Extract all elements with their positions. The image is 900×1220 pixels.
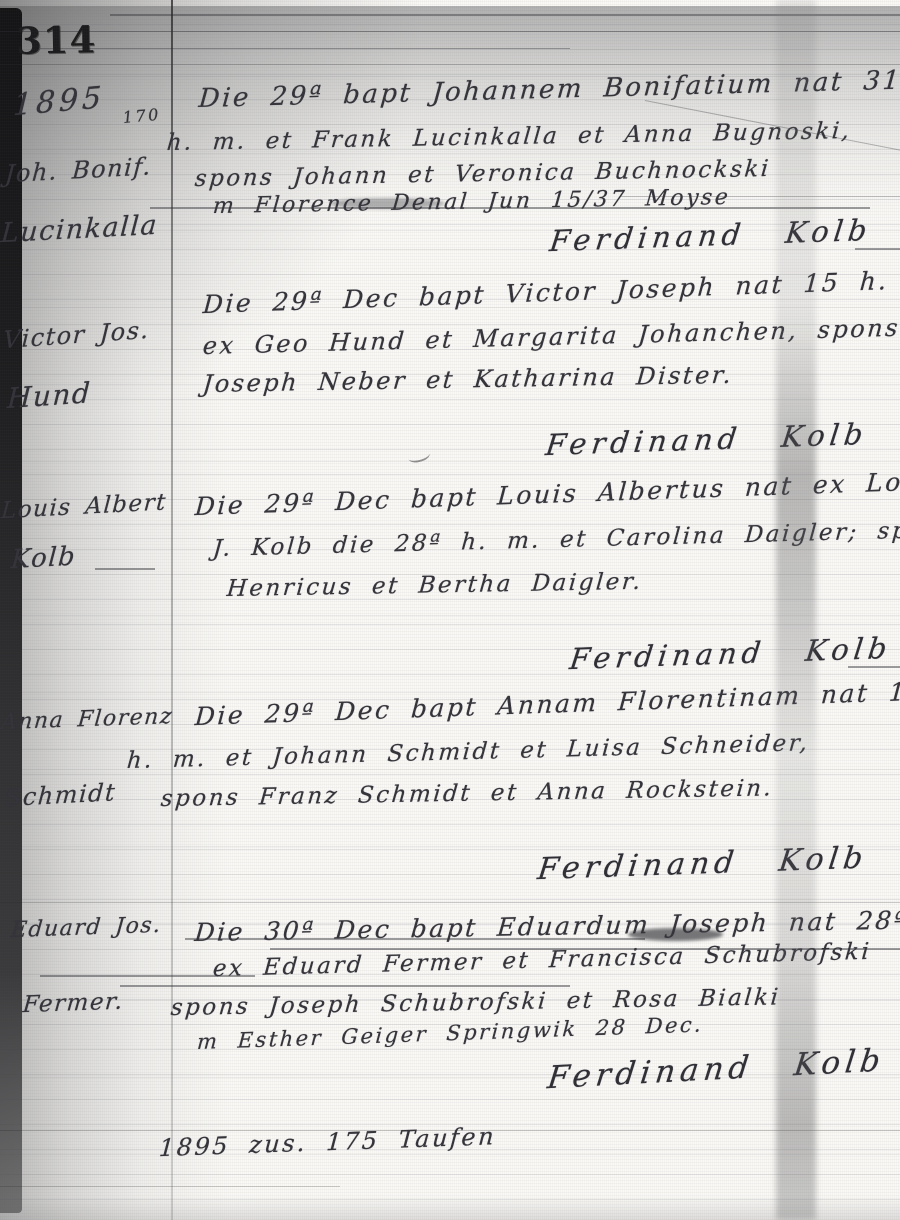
scan-scratch-line bbox=[40, 48, 570, 49]
scanned-register-page: 314 1895 170 Joh. Bonif. Lucinkalla Die … bbox=[0, 0, 900, 1220]
margin-name: Hund bbox=[6, 376, 92, 415]
binding-edge-shadow bbox=[0, 8, 22, 1213]
scan-scratch-line bbox=[0, 1186, 340, 1187]
page-number: 314 bbox=[16, 17, 97, 62]
fold-shadow-streak bbox=[776, 0, 816, 1220]
entry-margin-number: 170 bbox=[122, 105, 162, 127]
signature-flourish-dash bbox=[848, 666, 900, 668]
scan-scratch-line bbox=[0, 31, 900, 32]
scan-scratch-line bbox=[0, 902, 900, 903]
strike-through-line bbox=[120, 985, 570, 987]
signature-flourish-dash bbox=[855, 248, 900, 250]
margin-name: Schmidt bbox=[4, 778, 117, 812]
margin-rule-line bbox=[171, 0, 173, 1220]
margin-name: Fermer. bbox=[22, 988, 125, 1018]
margin-name: Eduard Jos. bbox=[10, 913, 163, 943]
scan-scratch-line bbox=[0, 64, 900, 65]
margin-name-dash bbox=[95, 568, 155, 570]
margin-name: Kolb bbox=[10, 542, 77, 576]
